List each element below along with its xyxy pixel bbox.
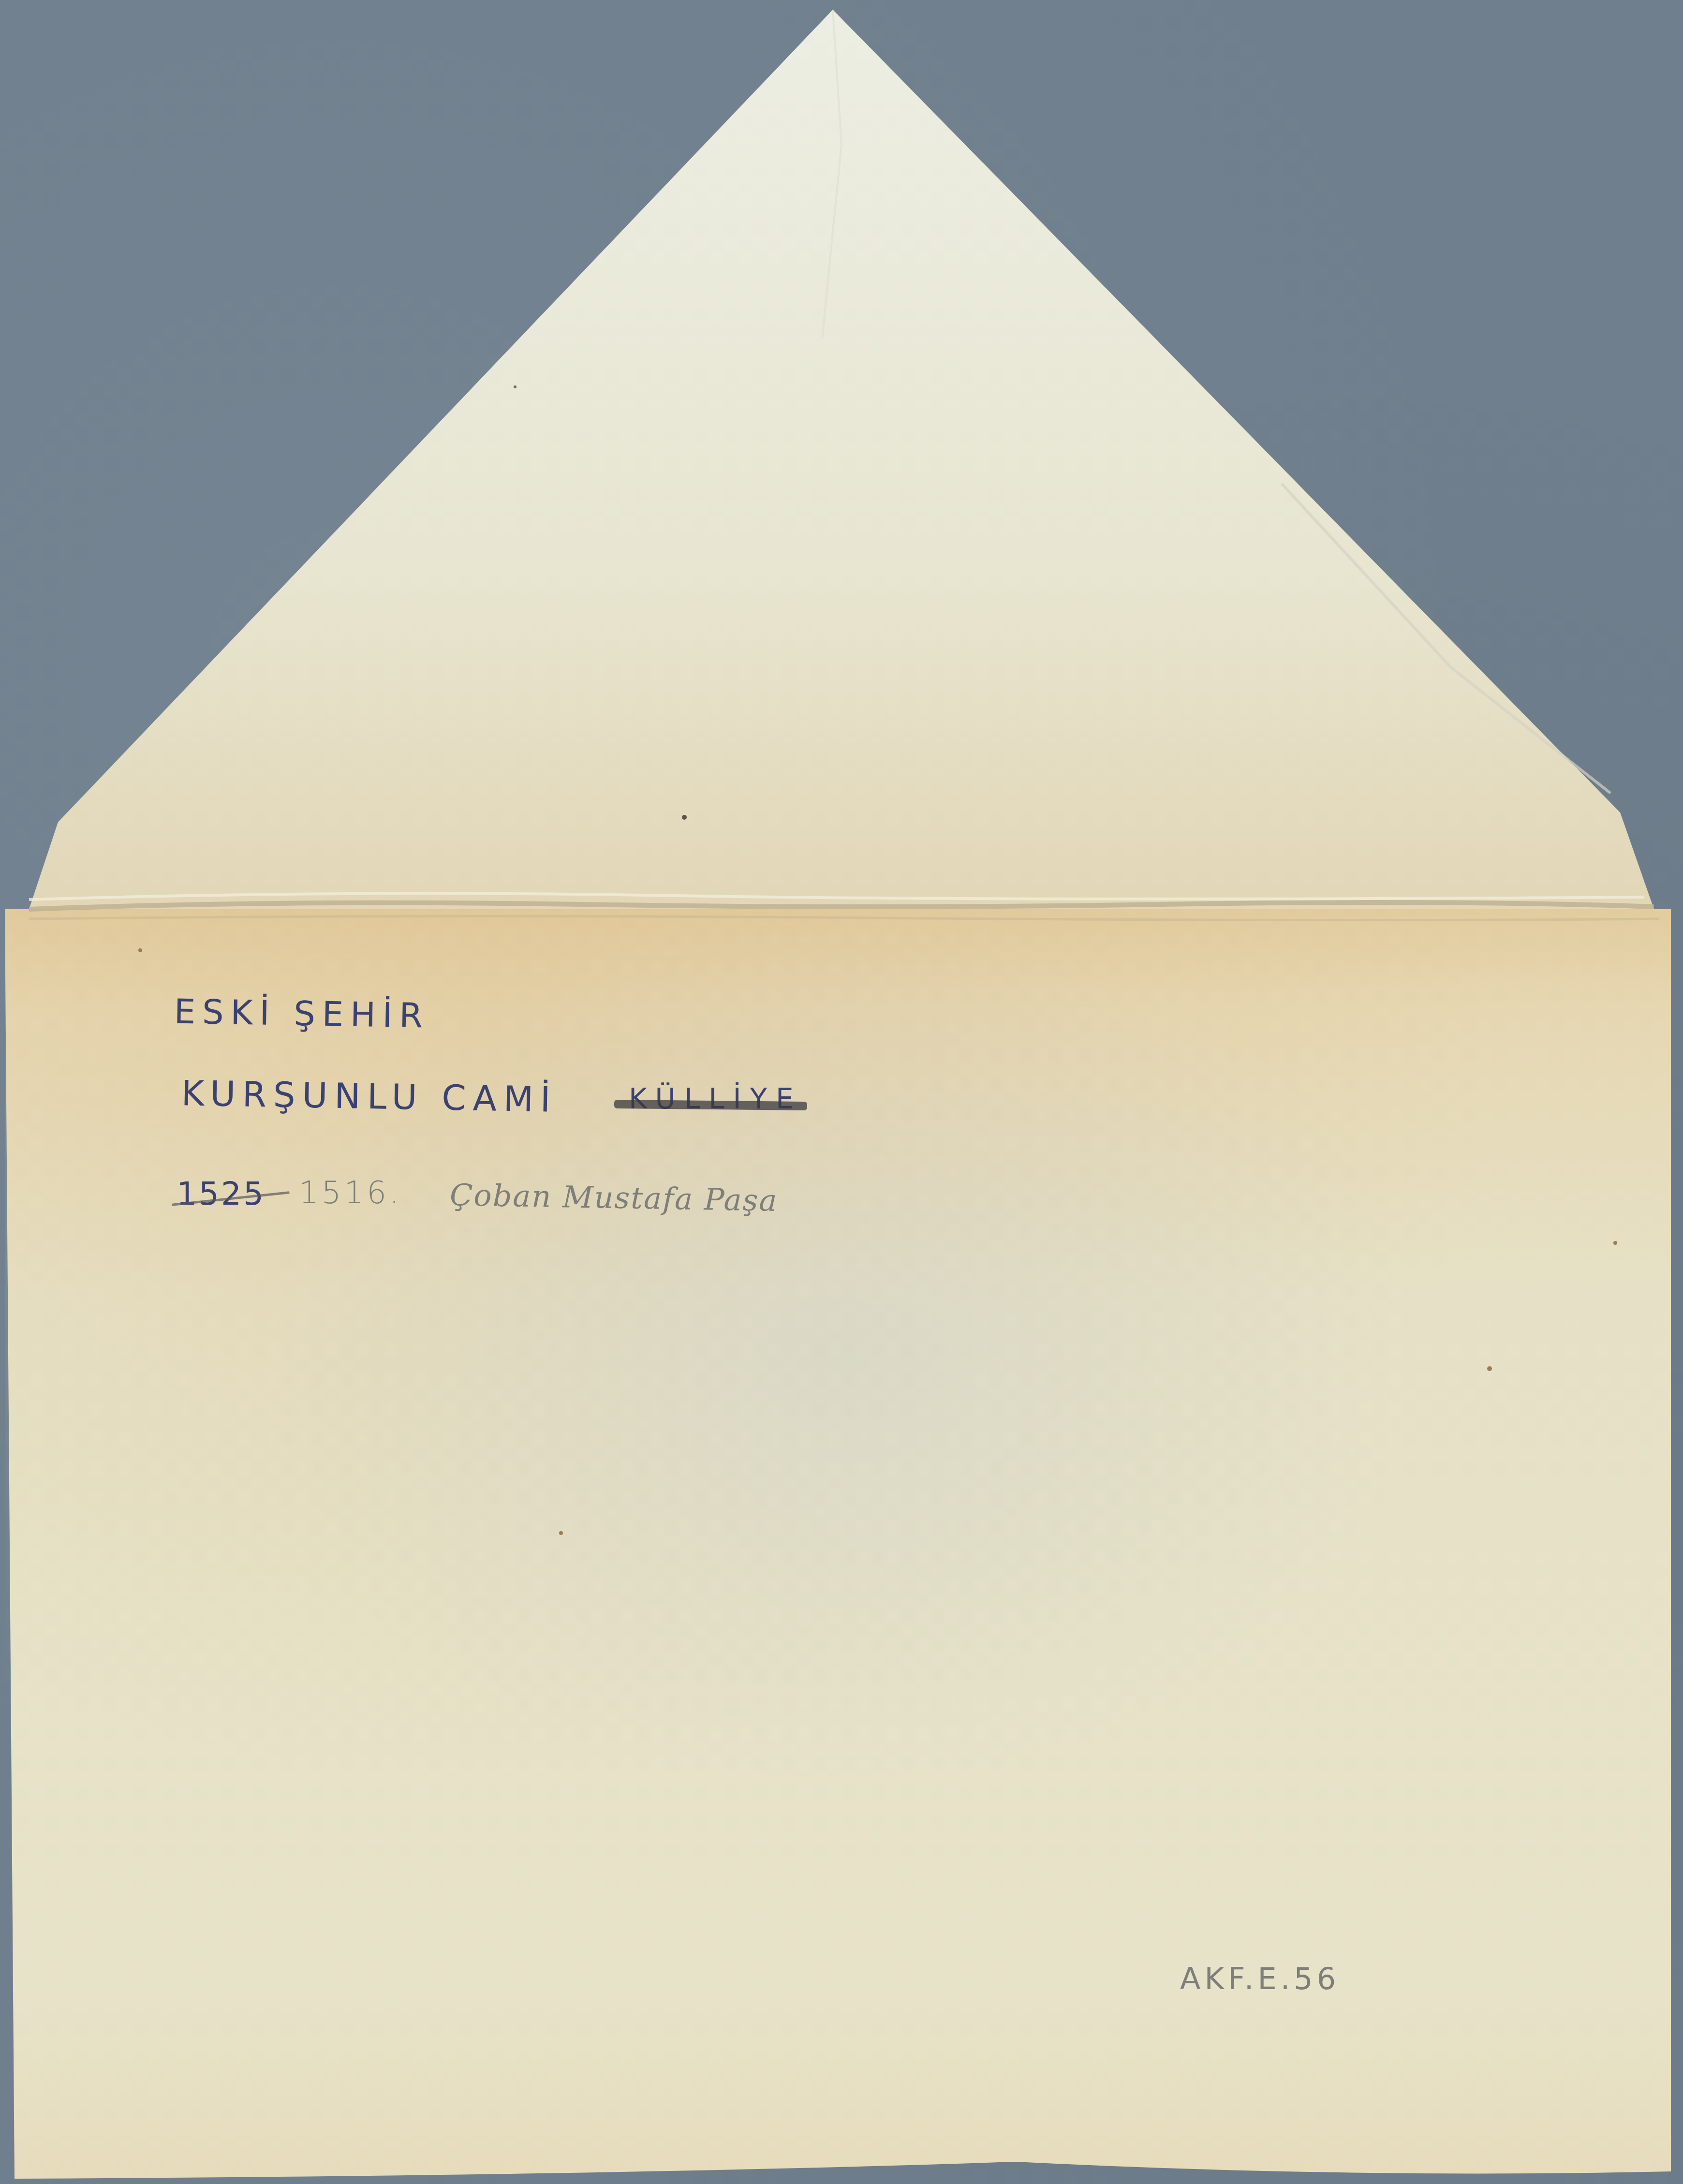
date-label: 1516. [299, 1175, 402, 1211]
location-label: ESKİ ŞEHİR [174, 991, 429, 1035]
monument-label: KURŞUNLU CAMİ [181, 1073, 558, 1120]
struck-word: KÜLLİYE [629, 1082, 802, 1115]
date-struck-text: 1525 [177, 1175, 266, 1212]
patron-label: Çoban Mustafa Paşa [449, 1177, 778, 1218]
envelope: ESKİ ŞEHİR KURŞUNLU CAMİ KÜLLİYE 1525 15… [0, 0, 1683, 2184]
catalog-number: AKF.E.56 [1180, 1961, 1340, 1996]
struck-word-text: KÜLLİYE [629, 1082, 802, 1115]
date-struck: 1525 [177, 1175, 266, 1212]
